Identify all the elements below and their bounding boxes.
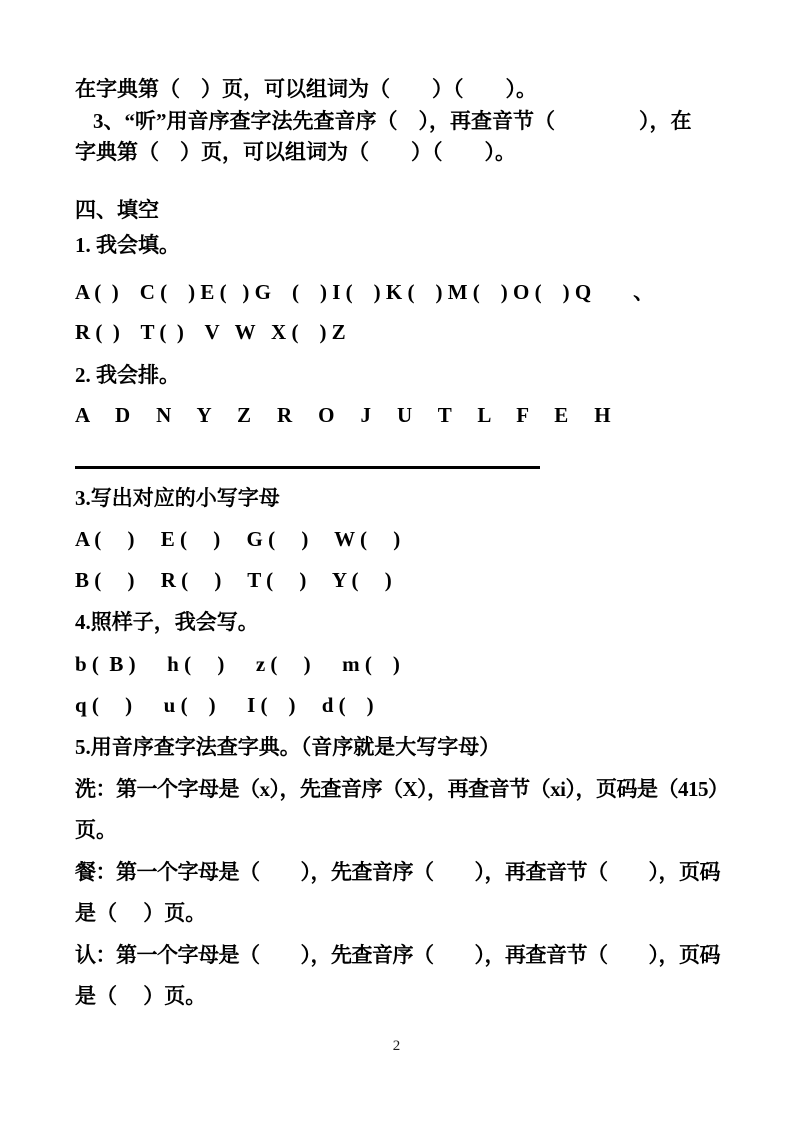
item4-lowercase-row2: q ( ) u ( ) I ( ) d ( ) xyxy=(75,694,374,717)
page-number: 2 xyxy=(0,1038,793,1055)
line-q3-ting-lookup: 3、“听”用音序查字法先查音序（ ），再查音节（ ），在 xyxy=(93,110,692,133)
item5-title: 5.用音序查字法查字典。（音序就是大写字母） xyxy=(75,736,500,759)
item5-can-line1: 餐：第一个字母是（ ），先查音序（ ），再查音节（ ），页码 xyxy=(75,861,720,884)
item4-lowercase-row1: b ( B ) h ( ) z ( ) m ( ) xyxy=(75,653,400,676)
item3-uppercase-row1: A ( ) E ( ) G ( ) W ( ) xyxy=(75,528,400,551)
item5-can-line2: 是（ ）页。 xyxy=(75,902,206,925)
item3-title: 3.写出对应的小写字母 xyxy=(75,487,280,510)
item5-ren-line1: 认：第一个字母是（ ），先查音序（ ），再查音节（ ），页码 xyxy=(75,944,720,967)
worksheet-page: 在字典第（ ）页，可以组词为（ ）（ ）。 3、“听”用音序查字法先查音序（ ）… xyxy=(0,0,793,1122)
section-heading-fill-in-blanks: 四、填空 xyxy=(75,199,159,222)
item1-alphabet-row2: R ( ) T ( ) V W X ( ) Z xyxy=(75,321,346,344)
line-q3-continuation: 字典第（ ）页，可以组词为（ ）（ ）。 xyxy=(75,141,516,164)
item5-ren-line2: 是（ ）页。 xyxy=(75,985,206,1008)
item1-alphabet-row1: A ( ) C ( ) E ( ) G ( ) I ( ) K ( ) M ( … xyxy=(75,281,654,304)
item5-example-xi-line2: 页。 xyxy=(75,819,117,842)
item2-letter-sequence: A D N Y Z R O J U T L F E H xyxy=(75,404,612,427)
item2-title: 2. 我会排。 xyxy=(75,364,180,387)
item1-title: 1. 我会填。 xyxy=(75,234,180,257)
item5-example-xi-line1: 洗：第一个字母是（x），先查音序（X），再查音节（xi），页码是（415） xyxy=(75,778,729,801)
item4-title: 4.照样子，我会写。 xyxy=(75,611,259,634)
answer-divider-line xyxy=(75,466,540,469)
line-q2-dictionary-page-continuation: 在字典第（ ）页，可以组词为（ ）（ ）。 xyxy=(75,78,537,101)
item3-uppercase-row2: B ( ) R ( ) T ( ) Y ( ) xyxy=(75,569,392,592)
